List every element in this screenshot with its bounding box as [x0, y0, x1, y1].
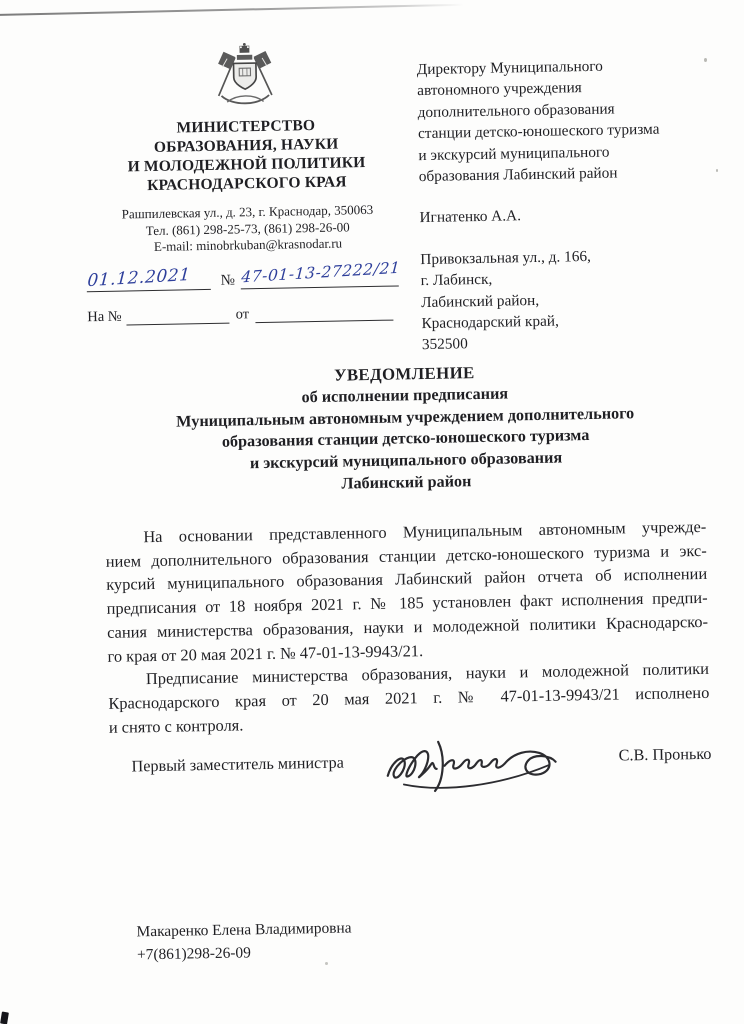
signer-position-title: Первый заместитель министра	[131, 754, 344, 777]
recipient-block: Директору Муниципального автономного учр…	[417, 54, 724, 356]
letter-sheet: МИНИСТЕРСТВО ОБРАЗОВАНИЯ, НАУКИ И МОЛОДЕ…	[0, 0, 744, 1024]
handwritten-signature	[381, 728, 577, 796]
handwritten-number: 47-01-13-27222/21	[241, 258, 401, 286]
ministry-name: МИНИСТЕРСТВО ОБРАЗОВАНИЯ, НАУКИ И МОЛОДЕ…	[78, 114, 415, 196]
reference-date-underline	[255, 299, 393, 323]
document-title: УВЕДОМЛЕНИЕ об исполнении предписания Му…	[74, 357, 736, 500]
outgoing-date-number-row: 01.12.2021 № 47-01-13-27222/21	[80, 265, 416, 292]
reference-from-label: от	[236, 306, 250, 323]
reference-na-label: На №	[87, 308, 122, 326]
number-underline: 47-01-13-27222/21	[241, 265, 399, 289]
reference-row: На № от	[81, 299, 417, 326]
signature-row: Первый заместитель министра С.В. Пронько	[131, 730, 712, 805]
date-underline: 01.12.2021	[86, 268, 210, 291]
scanned-letter-page: { "doc": { "letterhead": { "emblem_name"…	[0, 0, 744, 1024]
scan-corner-mark	[0, 1012, 9, 1024]
number-sign-label: №	[221, 272, 236, 289]
signer-name: С.В. Пронько	[618, 745, 711, 766]
reference-number-underline	[126, 302, 229, 325]
executor-phone: +7(861)298-26-09	[137, 940, 352, 966]
letter-body: На основании представленного Муниципальн…	[105, 515, 710, 739]
ministry-letterhead: МИНИСТЕРСТВО ОБРАЗОВАНИЯ, НАУКИ И МОЛОДЕ…	[76, 39, 417, 326]
handwritten-date: 01.12.2021	[87, 264, 191, 290]
ministry-contacts: Рашпилевская ул., д. 23, г. Краснодар, 3…	[79, 201, 416, 257]
executor-name: Макаренко Елена Владимировна	[136, 917, 351, 943]
recipient-address-line: 352500	[422, 329, 724, 356]
coat-of-arms-icon	[201, 41, 288, 113]
executor-contact: Макаренко Елена Владимировна +7(861)298-…	[136, 917, 352, 966]
